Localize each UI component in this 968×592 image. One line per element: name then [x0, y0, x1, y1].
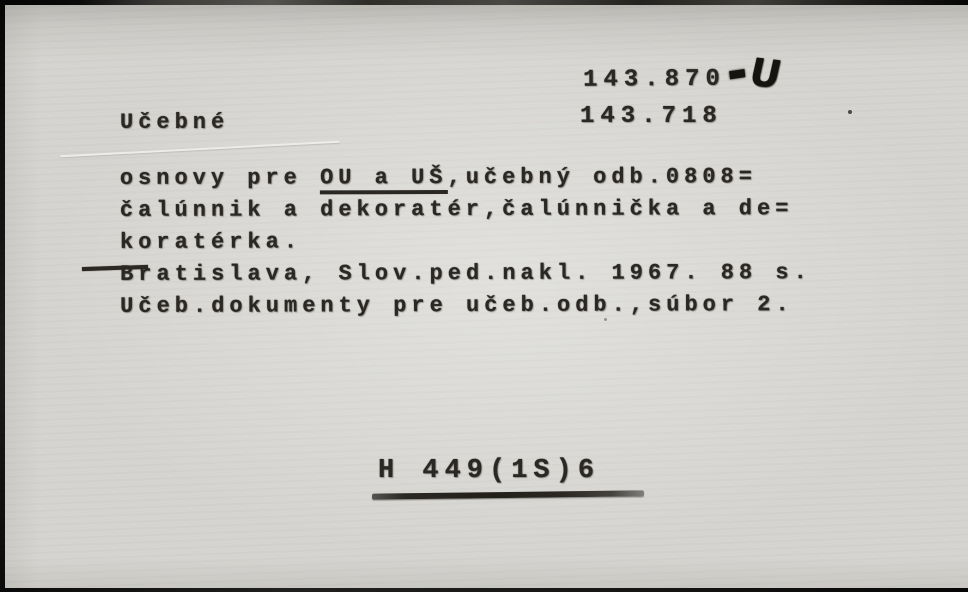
classification-block: 143.870-U 143.718 — [583, 50, 781, 130]
classification-primary-number: 143.870 — [583, 66, 726, 94]
catalog-card: 143.870-U 143.718 Učebné osnovy pre OU a… — [0, 0, 968, 592]
call-number-underline — [372, 490, 644, 499]
ink-speck — [848, 110, 852, 114]
card-edge-top — [0, 0, 968, 5]
classification-primary: 143.870-U — [583, 49, 781, 94]
paper-crease — [60, 141, 340, 158]
body-line-1-pre: osnovy pre — [120, 165, 320, 191]
body-line-4: Bratislava, Slov.ped.nakl. 1967. 88 s. — [120, 257, 812, 291]
card-heading: Učebné — [120, 110, 229, 135]
body-line-3: koratérka. — [120, 225, 812, 259]
body-line-2: čalúnnik a dekoratér,čalúnnička a de= — [120, 193, 812, 227]
underlined-phrase: OU a UŠ — [320, 165, 447, 194]
body-line-1: osnovy pre OU a UŠ,učebný odb.0808= — [120, 161, 812, 195]
card-body: osnovy pre OU a UŠ,učebný odb.0808= čalú… — [120, 161, 812, 323]
card-edge-bottom — [0, 588, 968, 592]
body-line-5: Učeb.dokumenty pre učeb.odb.,súbor 2. — [120, 289, 812, 323]
card-edge-left — [0, 0, 5, 592]
classification-secondary: 143.718 — [580, 103, 781, 130]
handwritten-letter-u: U — [745, 50, 785, 97]
handwritten-dash: - — [723, 37, 751, 107]
body-line-1-post: ,učebný odb.0808= — [447, 164, 757, 190]
call-number: H 449(1S)6 — [378, 456, 600, 486]
